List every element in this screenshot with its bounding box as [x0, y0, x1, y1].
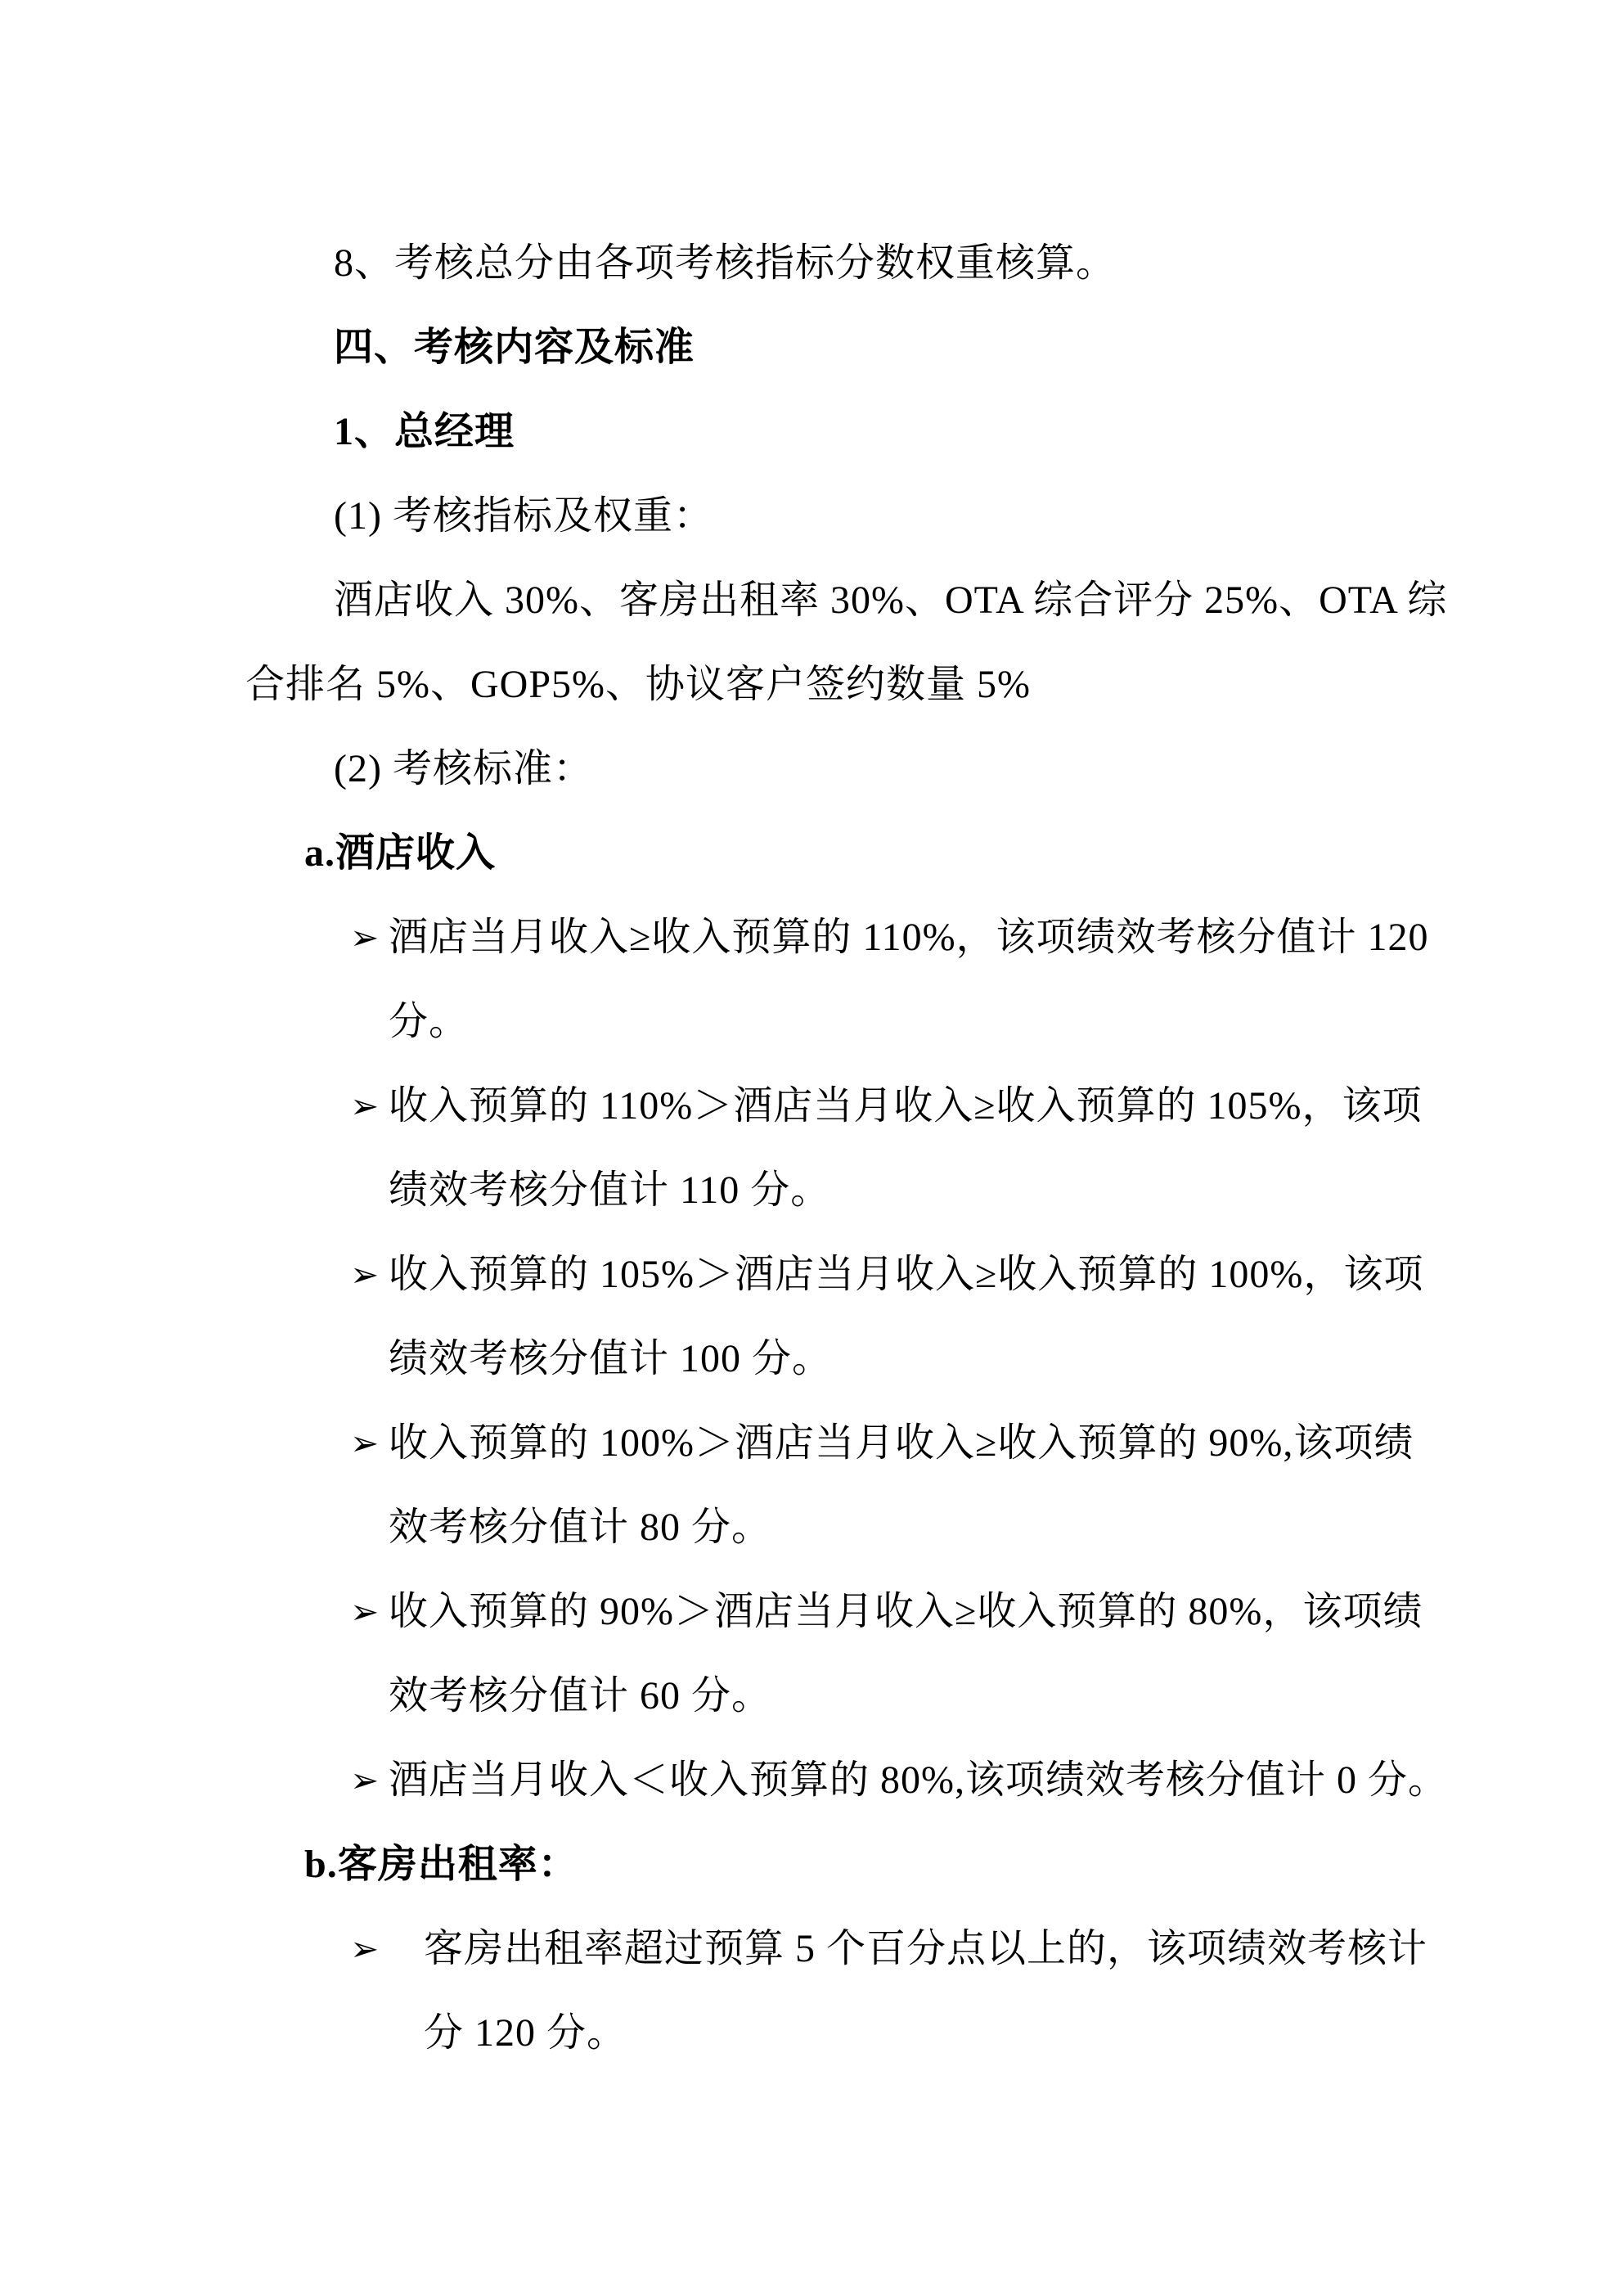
doc-line-text: 客房出租率超过预算 5 个百分点以上的，该项绩效考核计 [424, 1927, 1427, 1970]
bullet-occupancy-120-line2: 分 120 分。 [245, 1991, 1399, 2075]
bullet-arrow-icon: ➢ [350, 1907, 380, 1991]
bullet-revenue-110-line1: ➢酒店当月收入≥收入预算的 110%，该项绩效考核分值计 120 [245, 895, 1399, 979]
bullet-revenue-80-line1: ➢收入预算的 90%＞酒店当月收入≥收入预算的 80%，该项绩 [245, 1569, 1399, 1654]
doc-line-text: 酒店当月收入≥收入预算的 110%，该项绩效考核分值计 120 [389, 916, 1429, 959]
para-total-score: 8、考核总分由各项考核指标分数权重核算。 [245, 221, 1399, 305]
doc-line-text: (2) 考核标准： [334, 747, 593, 790]
bullet-revenue-80-line2: 效考核分值计 60 分。 [245, 1654, 1399, 1738]
para-kpi-weights-label: (1) 考核指标及权重： [245, 474, 1399, 558]
doc-line-text: 分 120 分。 [424, 2011, 627, 2055]
doc-line-text: (1) 考核指标及权重： [334, 494, 713, 538]
bullet-revenue-90-line1: ➢收入预算的 100%＞酒店当月收入≥收入预算的 90%,该项绩 [245, 1401, 1399, 1485]
document-page: 8、考核总分由各项考核指标分数权重核算。四、考核内容及标准1、总经理(1) 考核… [0, 0, 1623, 2296]
doc-line-text: 绩效考核分值计 110 分。 [389, 1168, 830, 1212]
doc-line-text: 1、总经理 [334, 410, 515, 453]
doc-line-text: 效考核分值计 80 分。 [389, 1506, 771, 1549]
bullet-revenue-90-line2: 效考核分值计 80 分。 [245, 1485, 1399, 1569]
bullet-arrow-icon: ➢ [350, 1569, 380, 1654]
bullet-arrow-icon: ➢ [350, 1232, 380, 1317]
document-content: 8、考核总分由各项考核指标分数权重核算。四、考核内容及标准1、总经理(1) 考核… [245, 221, 1399, 2075]
para-standards-label: (2) 考核标准： [245, 727, 1399, 811]
bullet-arrow-icon: ➢ [350, 1738, 380, 1822]
doc-line-text: 酒店当月收入＜收入预算的 80%,该项绩效考核分值计 0 分。 [389, 1758, 1448, 1802]
heading-general-manager: 1、总经理 [245, 389, 1399, 474]
doc-line-text: 酒店收入 30%、客房出租率 30%、OTA 综合评分 25%、OTA 综 [334, 579, 1447, 622]
heading-section-four: 四、考核内容及标准 [245, 305, 1399, 389]
doc-line-text: 收入预算的 105%＞酒店当月收入≥收入预算的 100%，该项 [389, 1253, 1423, 1296]
doc-line-text: b.客房出租率： [304, 1843, 578, 1886]
bullet-revenue-105-line1: ➢收入预算的 110%＞酒店当月收入≥收入预算的 105%，该项 [245, 1064, 1399, 1148]
para-kpi-weights-line1: 酒店收入 30%、客房出租率 30%、OTA 综合评分 25%、OTA 综 [245, 558, 1399, 642]
bullet-revenue-below-80: ➢酒店当月收入＜收入预算的 80%,该项绩效考核分值计 0 分。 [245, 1738, 1399, 1822]
doc-line-text: 四、考核内容及标准 [334, 326, 695, 369]
para-kpi-weights-line2: 合排名 5%、GOP5%、协议客户签约数量 5% [245, 642, 1399, 727]
bullet-revenue-110-line2: 分。 [245, 979, 1399, 1064]
doc-line-text: 合排名 5%、GOP5%、协议客户签约数量 5% [245, 663, 1031, 706]
bullet-revenue-100-line1: ➢收入预算的 105%＞酒店当月收入≥收入预算的 100%，该项 [245, 1232, 1399, 1317]
doc-line-text: 8、考核总分由各项考核指标分数权重核算。 [334, 241, 1116, 285]
doc-line-text: 分。 [389, 1000, 469, 1043]
doc-line-text: 绩效考核分值计 100 分。 [389, 1337, 832, 1380]
subheading-occupancy-rate: b.客房出租率： [245, 1822, 1399, 1907]
doc-line-text: 收入预算的 90%＞酒店当月收入≥收入预算的 80%，该项绩 [389, 1590, 1423, 1633]
bullet-occupancy-120-line1: ➢客房出租率超过预算 5 个百分点以上的，该项绩效考核计 [245, 1907, 1399, 1991]
bullet-revenue-100-line2: 绩效考核分值计 100 分。 [245, 1317, 1399, 1401]
doc-line-text: a.酒店收入 [304, 831, 496, 875]
bullet-arrow-icon: ➢ [350, 1401, 380, 1485]
bullet-arrow-icon: ➢ [350, 1064, 380, 1148]
doc-line-text: 效考核分值计 60 分。 [389, 1674, 771, 1717]
bullet-arrow-icon: ➢ [350, 895, 380, 979]
doc-line-text: 收入预算的 100%＞酒店当月收入≥收入预算的 90%,该项绩 [389, 1421, 1414, 1465]
subheading-hotel-revenue: a.酒店收入 [245, 811, 1399, 895]
doc-line-text: 收入预算的 110%＞酒店当月收入≥收入预算的 105%，该项 [389, 1084, 1423, 1128]
bullet-revenue-105-line2: 绩效考核分值计 110 分。 [245, 1148, 1399, 1232]
